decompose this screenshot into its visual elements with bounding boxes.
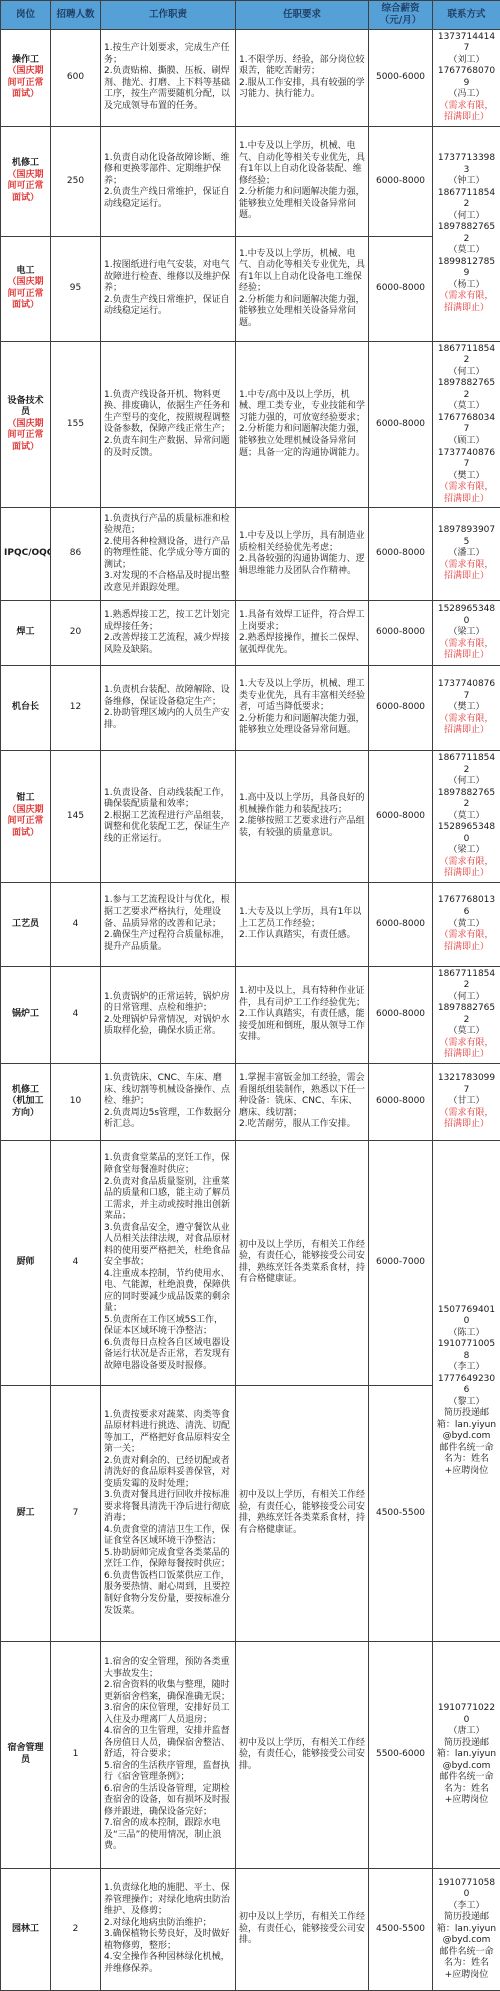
job-row: 电工 （国庆期间可正常面试） 95 1.按图纸进行电气安装，对电气故障进行检查、… <box>1 236 500 341</box>
headcount-cell: 4 <box>51 882 101 966</box>
contact-cell: 19107710220 （唐工） 简历投递邮箱：lan.yiyun@byd.co… <box>433 1641 500 1868</box>
contact-cell: 18677118542 （何工） 18978827652 （莫工） （需求有限，… <box>433 966 500 1063</box>
position-title: 工艺员 <box>12 919 39 929</box>
salary-cell: 5000-6000 <box>369 29 433 126</box>
requirement-cell: 1.具备有效焊工证件，符合焊工上岗要求； 2.熟悉焊接操作，擅长二保焊、氩弧焊优… <box>236 601 369 666</box>
header-cell-salary: 综合薪资 （元/月） <box>369 1 433 30</box>
requirement-cell: 1.中专及以上学历，机械、电气、自动化等相关专业优先，具有1年以上自动化设备电工… <box>236 236 369 341</box>
job-row: 厨师 4 1.负责食堂菜品的烹饪工作，保障食堂每餐准时供应； 2.负责对食品质量… <box>1 1140 500 1385</box>
position-title: 宿舍管理员 <box>7 1743 43 1765</box>
job-row: 机修工（机加工方向） 10 1.负责铣床、CNC、车床、磨床、线切割等机械设备操… <box>1 1063 500 1140</box>
contact-note: （需求有限，招满即止） <box>436 560 497 583</box>
contact-note: （需求有限，招满即止） <box>436 714 497 737</box>
requirement-cell: 1.中专及以上学历，机械、电气、自动化等相关专业优先，具有1年以上自动化设备装配… <box>236 126 369 236</box>
contact-phones: 13737144147 （刘工） 17677680709 （冯工） <box>438 32 495 100</box>
requirement-cell: 1.高中及以上学历，具备良好的机械操作能力和装配技巧； 2.能够按照工艺要求进行… <box>236 751 369 883</box>
contact-cell: 18677118542 （何工） 18978827652 （莫工） 176776… <box>433 341 500 507</box>
header-cell-position: 岗位 <box>1 1 51 30</box>
contact-note: （需求有限，招满即止） <box>436 1038 497 1061</box>
job-row: 钳工 （国庆期间可正常面试） 145 1.负责设备、自动线装配工作，确保装配质量… <box>1 751 500 883</box>
header-cell-count: 招聘人数 <box>51 1 101 30</box>
salary-cell: 6000-8000 <box>369 508 433 601</box>
duty-cell: 1.按生产计划要求，完成生产任务； 2.负责贴棉、撕膜、压板、刷焊剂、抛光、打磨… <box>101 29 236 126</box>
requirement-cell: 初中及以上学历，有相关工作经验，有责任心，能够接受公司安排。 <box>236 1868 369 1990</box>
position-note: （国庆期间可正常面试） <box>4 170 47 205</box>
position-cell: 锅炉工 <box>1 966 51 1063</box>
position-title: 钳工 <box>16 793 34 803</box>
position-cell: 设备技术员 （国庆期间可正常面试） <box>1 341 51 507</box>
duty-cell: 1.负责铣床、CNC、车床、磨床、线切割等机械设备操作、点检、维护； 2.负责周… <box>101 1063 236 1140</box>
position-title: 焊工 <box>16 627 34 637</box>
position-note: （国庆期间可正常面试） <box>4 66 47 101</box>
contact-phones: 19107710580 （李工） 简历投递邮箱：lan.yiyun@byd.co… <box>437 1878 496 1980</box>
duty-cell: 1.宿舍的安全管理，预防各类重大事故发生； 2.宿舍资料的收集与整理，随时更新宿… <box>101 1641 236 1868</box>
contact-note: （需求有限，招满即止） <box>436 101 497 124</box>
position-title: 操作工 <box>12 55 39 65</box>
job-row: 焊工 20 1.熟悉焊接工艺，按工艺计划完成焊接任务； 2.改善焊接工艺流程，减… <box>1 601 500 666</box>
contact-phones: 17677680136 （黄工） <box>438 895 495 928</box>
contact-cell-merged: 17377133983 （钟工） 18677118542 （何工） 189788… <box>433 126 500 341</box>
contact-phones: 13217830997 （甘工） <box>438 1073 495 1106</box>
headcount-cell: 7 <box>51 1385 101 1641</box>
contact-cell: 13737144147 （刘工） 17677680709 （冯工） （需求有限，… <box>433 29 500 126</box>
duty-cell: 1.负责设备、自动线装配工作，确保装配质量和效率； 2.根据工艺流程进行产品组装… <box>101 751 236 883</box>
contact-note: （需求有限，招满即止） <box>436 482 497 505</box>
contact-phones: 18978939075 （潘工） <box>438 525 495 558</box>
requirement-cell: 1.大专及以上学历，机械、理工类专业优先，具有丰富相关经验者，可适当降低要求； … <box>236 666 369 751</box>
position-cell: 钳工 （国庆期间可正常面试） <box>1 751 51 883</box>
headcount-cell: 250 <box>51 126 101 236</box>
job-row: 工艺员 4 1.参与工艺流程设计与优化，根据工艺要求严格执行，处理设备、品质异常… <box>1 882 500 966</box>
position-title: 设备技术员 <box>7 396 43 418</box>
position-note: （国庆期间可正常面试） <box>4 419 47 454</box>
salary-cell: 6000-8000 <box>369 966 433 1063</box>
position-title: 机修工 <box>12 158 39 168</box>
salary-cell: 4500-5500 <box>369 1385 433 1641</box>
header-cell-requirement: 任职要求 <box>236 1 369 30</box>
position-cell: 机修工 （国庆期间可正常面试） <box>1 126 51 236</box>
job-row: 机修工 （国庆期间可正常面试） 250 1.负责自动化设备故障诊断、维修和更换零… <box>1 126 500 236</box>
headcount-cell: 4 <box>51 1140 101 1385</box>
salary-cell: 6000-8000 <box>369 882 433 966</box>
header-cell-duty: 工作职责 <box>101 1 236 30</box>
position-cell: 电工 （国庆期间可正常面试） <box>1 236 51 341</box>
duty-cell: 1.负责自动化设备故障诊断、维修和更换零部件、定期维护保养； 2.负责生产线日常… <box>101 126 236 236</box>
requirement-cell: 1.不限学历、经验，部分岗位较艰苦，能吃苦耐劳； 2.服从工作安排，具有较强的学… <box>236 29 369 126</box>
position-cell: 机修工（机加工方向） <box>1 1063 51 1140</box>
salary-cell: 6000-8000 <box>369 751 433 883</box>
position-note: （国庆期间可正常面试） <box>4 805 47 840</box>
contact-note: （需求有限，招满即止） <box>436 1108 497 1131</box>
contact-cell: 18677118542 （何工） 18978827652 （莫工） 152896… <box>433 751 500 883</box>
position-cell: 焊工 <box>1 601 51 666</box>
contact-note: （需求有限，招满即止） <box>436 639 497 662</box>
recruitment-table-sheet: 岗位 招聘人数 工作职责 任职要求 综合薪资 （元/月） 联系方式 操作工 （国… <box>0 0 500 1991</box>
job-row: 机台长 12 1.负责机台装配、故障解除、设备维修，保证设备稳定生产； 2.协助… <box>1 666 500 751</box>
position-title: 机台长 <box>12 702 39 712</box>
contact-cell: 18978939075 （潘工） （需求有限，招满即止） <box>433 508 500 601</box>
position-cell: 园林工 <box>1 1868 51 1990</box>
requirement-cell: 1.初中及以上，具有特种作业证件，具有司炉工工作经验优先； 2.工作认真踏实，有… <box>236 966 369 1063</box>
headcount-cell: 95 <box>51 236 101 341</box>
position-cell: 机台长 <box>1 666 51 751</box>
job-row: 锅炉工 4 1.负责锅炉的正常运转，锅炉房的日常管理、点检和维护； 2.处理锅炉… <box>1 966 500 1063</box>
requirement-cell: 初中及以上学历，有相关工作经验，有责任心，能够接受公司安排。 <box>236 1641 369 1868</box>
position-cell: 操作工 （国庆期间可正常面试） <box>1 29 51 126</box>
duty-cell: 1.按图纸进行电气安装，对电气故障进行检查、维修以及维护保养； 2.负责生产线日… <box>101 236 236 341</box>
position-title: 机修工（机加工方向） <box>7 1085 43 1118</box>
salary-cell: 6000-8000 <box>369 341 433 507</box>
contact-note: （需求有限，招满即止） <box>436 930 497 953</box>
requirement-cell: 初中及以上学历，有相关工作经验，有责任心，能够接受公司安排，熟练烹饪各类菜系食材… <box>236 1385 369 1641</box>
headcount-cell: 86 <box>51 508 101 601</box>
headcount-cell: 12 <box>51 666 101 751</box>
contact-phones: 18677118542 （何工） 18978827652 （莫工） <box>438 969 495 1037</box>
duty-cell: 1.负责绿化地的施肥、平土、保养管理操作；对绿化地病虫防治维护、及修剪； 2.对… <box>101 1868 236 1990</box>
contact-phones: 18677118542 （何工） 18978827652 （莫工） 176776… <box>438 344 495 481</box>
contact-cell-merged: 15077694010 （陈工） 19107710058 （李工） 177764… <box>433 1140 500 1641</box>
salary-cell: 5500-6000 <box>369 1641 433 1868</box>
job-row: 宿舍管理员 1 1.宿舍的安全管理，预防各类重大事故发生； 2.宿舍资料的收集与… <box>1 1641 500 1868</box>
position-cell: 工艺员 <box>1 882 51 966</box>
salary-cell: 4500-5500 <box>369 1868 433 1990</box>
requirement-cell: 1.中专及以上学历，具有制造业质检相关经验优先考虑； 2.具备较强的沟通协调能力… <box>236 508 369 601</box>
headcount-cell: 2 <box>51 1868 101 1990</box>
contact-phones: 15289653480 （梁工） <box>438 604 495 637</box>
headcount-cell: 20 <box>51 601 101 666</box>
duty-cell: 1.负责锅炉的正常运转，锅炉房的日常管理、点检和维护； 2.处理锅炉异常情况，对… <box>101 966 236 1063</box>
job-row: 设备技术员 （国庆期间可正常面试） 155 1.负责产线设备开机、物料更换、排废… <box>1 341 500 507</box>
contact-phones: 17377133983 （钟工） 18677118542 （何工） 189788… <box>438 153 495 290</box>
contact-phones: 17377408767 （樊工） <box>438 679 495 712</box>
headcount-cell: 155 <box>51 341 101 507</box>
salary-cell: 6000-8000 <box>369 236 433 341</box>
position-title: 电工 <box>16 266 34 276</box>
position-cell: 宿舍管理员 <box>1 1641 51 1868</box>
position-cell: IPQC/OQC <box>1 508 51 601</box>
contact-phones: 15077694010 （陈工） 19107710058 （李工） 177764… <box>437 1305 496 1476</box>
contact-note: （需求有限，招满即止） <box>436 291 497 314</box>
requirement-cell: 初中及以上学历，有相关工作经验，有责任心，能够接受公司安排，熟练烹饪各类菜系食材… <box>236 1140 369 1385</box>
headcount-cell: 4 <box>51 966 101 1063</box>
position-cell: 厨工 <box>1 1385 51 1641</box>
salary-cell: 6000-8000 <box>369 126 433 236</box>
job-row: 厨工 7 1.负责按要求对蔬菜、肉类等食品原材料进行挑选、清洗、切配等加工，严格… <box>1 1385 500 1641</box>
header-cell-contact: 联系方式 <box>433 1 500 30</box>
position-title: IPQC/OQC <box>4 548 51 558</box>
duty-cell: 1.参与工艺流程设计与优化，根据工艺要求严格执行，处理设备、品质异常的改善和记录… <box>101 882 236 966</box>
position-note: （国庆期间可正常面试） <box>4 277 47 312</box>
requirement-cell: 1.大专及以上学历，具有1年以上工艺员工作经验； 2.工作认真踏实，有责任感。 <box>236 882 369 966</box>
contact-cell: 15289653480 （梁工） （需求有限，招满即止） <box>433 601 500 666</box>
job-row: IPQC/OQC 86 1.负责执行产品的质量标准和检验规范； 2.使用各种检测… <box>1 508 500 601</box>
position-title: 厨工 <box>16 1508 34 1518</box>
headcount-cell: 1 <box>51 1641 101 1868</box>
salary-cell: 6000-8000 <box>369 601 433 666</box>
recruitment-table: 岗位 招聘人数 工作职责 任职要求 综合薪资 （元/月） 联系方式 操作工 （国… <box>0 0 500 1991</box>
duty-cell: 1.负责按要求对蔬菜、肉类等食品原材料进行挑选、清洗、切配等加工，严格把好食品原… <box>101 1385 236 1641</box>
position-title: 厨师 <box>16 1257 34 1267</box>
contact-cell: 17377408767 （樊工） （需求有限，招满即止） <box>433 666 500 751</box>
contact-note: （需求有限，招满即止） <box>436 857 497 880</box>
position-cell: 厨师 <box>1 1140 51 1385</box>
duty-cell: 1.负责执行产品的质量标准和检验规范； 2.使用各种检测设备，进行产品的物理性能… <box>101 508 236 601</box>
duty-cell: 1.负责机台装配、故障解除、设备维修，保证设备稳定生产； 2.协助管理区域内的人… <box>101 666 236 751</box>
salary-cell: 6000-8000 <box>369 666 433 751</box>
duty-cell: 1.负责食堂菜品的烹饪工作，保障食堂每餐准时供应； 2.负责对食品质量鉴别，注重… <box>101 1140 236 1385</box>
headcount-cell: 600 <box>51 29 101 126</box>
position-title: 锅炉工 <box>12 1009 39 1019</box>
contact-cell: 19107710580 （李工） 简历投递邮箱：lan.yiyun@byd.co… <box>433 1868 500 1990</box>
requirement-cell: 1.掌握丰富钣金加工经验，需会看图纸组装制作，熟悉以下任一种设备：铣床、CNC、… <box>236 1063 369 1140</box>
headcount-cell: 145 <box>51 751 101 883</box>
contact-phones: 18677118542 （何工） 18978827652 （莫工） 152896… <box>438 753 495 855</box>
position-title: 园林工 <box>12 1924 39 1934</box>
contact-phones: 19107710220 （唐工） 简历投递邮箱：lan.yiyun@byd.co… <box>437 1703 496 1805</box>
contact-cell: 13217830997 （甘工） （需求有限，招满即止） <box>433 1063 500 1140</box>
header-row: 岗位 招聘人数 工作职责 任职要求 综合薪资 （元/月） 联系方式 <box>1 1 500 30</box>
requirement-cell: 1.中专/高中及以上学历，机械、理工类专业，专业技能和学习能力强的，可放宽经验要… <box>236 341 369 507</box>
headcount-cell: 10 <box>51 1063 101 1140</box>
job-row: 操作工 （国庆期间可正常面试） 600 1.按生产计划要求，完成生产任务； 2.… <box>1 29 500 126</box>
contact-cell: 17677680136 （黄工） （需求有限，招满即止） <box>433 882 500 966</box>
duty-cell: 1.熟悉焊接工艺，按工艺计划完成焊接任务； 2.改善焊接工艺流程，减少焊接风险及… <box>101 601 236 666</box>
duty-cell: 1.负责产线设备开机、物料更换、排废确认，依据生产任务和生产型号的变化，按照规程… <box>101 341 236 507</box>
salary-cell: 6000-7000 <box>369 1140 433 1385</box>
salary-cell: 6000-8000 <box>369 1063 433 1140</box>
job-row: 园林工 2 1.负责绿化地的施肥、平土、保养管理操作；对绿化地病虫防治维护、及修… <box>1 1868 500 1990</box>
